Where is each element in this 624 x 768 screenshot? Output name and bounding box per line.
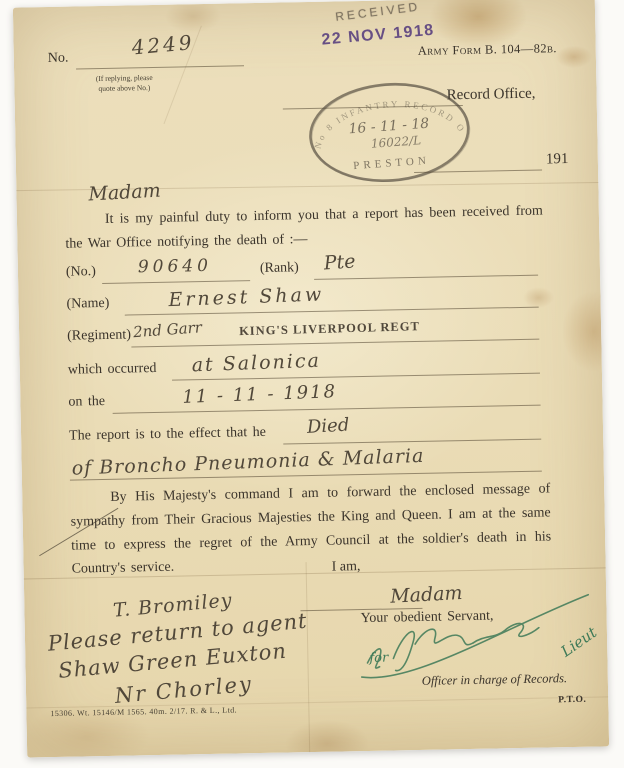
field-date-line <box>113 405 541 414</box>
annotation-line4: Nr Chorley <box>114 672 254 708</box>
form-number-label: No. <box>48 51 69 67</box>
field-no-line <box>102 280 250 284</box>
field-date-label: on the <box>68 394 105 411</box>
stamp-ref: 16022/L <box>370 133 421 151</box>
field-rank-line <box>314 275 538 280</box>
reply-note-line2: quote above No.) <box>74 83 174 95</box>
field-date-value: 11 - 11 - 1918 <box>182 381 337 408</box>
reply-note: (If replying, please quote above No.) <box>74 73 174 95</box>
field-regiment-line <box>131 339 539 348</box>
field-regiment-hand-value: 2nd Garr <box>133 318 203 341</box>
oval-office-stamp: No 8 INFANTRY RECORD OFFICE 16 - 11 - 18… <box>302 73 477 193</box>
form-number-value: 4249 <box>131 30 196 59</box>
field-name-value: Ernest Shaw <box>168 283 324 311</box>
scanned-letter: No. 4249 (If replying, please quote abov… <box>0 0 624 768</box>
year-prefix: 191 <box>546 151 569 168</box>
stamp-place: PRESTON <box>353 155 430 172</box>
field-rank-value: Pte <box>323 250 356 274</box>
form-number-line <box>76 65 244 69</box>
field-effect-label: The report is to the effect that he <box>69 425 266 445</box>
field-effect-value: Died <box>306 415 349 438</box>
field-regiment-label: (Regiment) <box>67 327 131 344</box>
signature-prefix: for <box>369 651 388 666</box>
salutation: Madam <box>88 180 161 206</box>
field-name-label: (Name) <box>66 296 109 313</box>
paper-sheet: No. 4249 (If replying, please quote abov… <box>13 0 609 758</box>
officer-in-charge-line: Officer in charge of Records. <box>422 671 567 689</box>
field-no-value: 90640 <box>138 256 212 277</box>
field-effect-line <box>283 439 541 445</box>
regiment-rubber-stamp: KING'S LIVERPOOL REGT <box>239 319 420 339</box>
paragraph-intro: It is my painful duty to inform you that… <box>65 200 544 257</box>
army-form-reference: Army Form B. 104—82b. <box>418 41 557 59</box>
field-rank-label: (Rank) <box>260 260 299 277</box>
paragraph-sympathy: By His Majesty's command I am to forward… <box>70 477 552 581</box>
received-stamp: RECEIVED <box>334 0 420 24</box>
pto-label: P.T.O. <box>558 695 586 706</box>
field-occurred-label: which occurred <box>68 361 157 379</box>
field-no-label: (No.) <box>66 264 96 281</box>
field-occurred-value: at Salonica <box>191 350 321 377</box>
